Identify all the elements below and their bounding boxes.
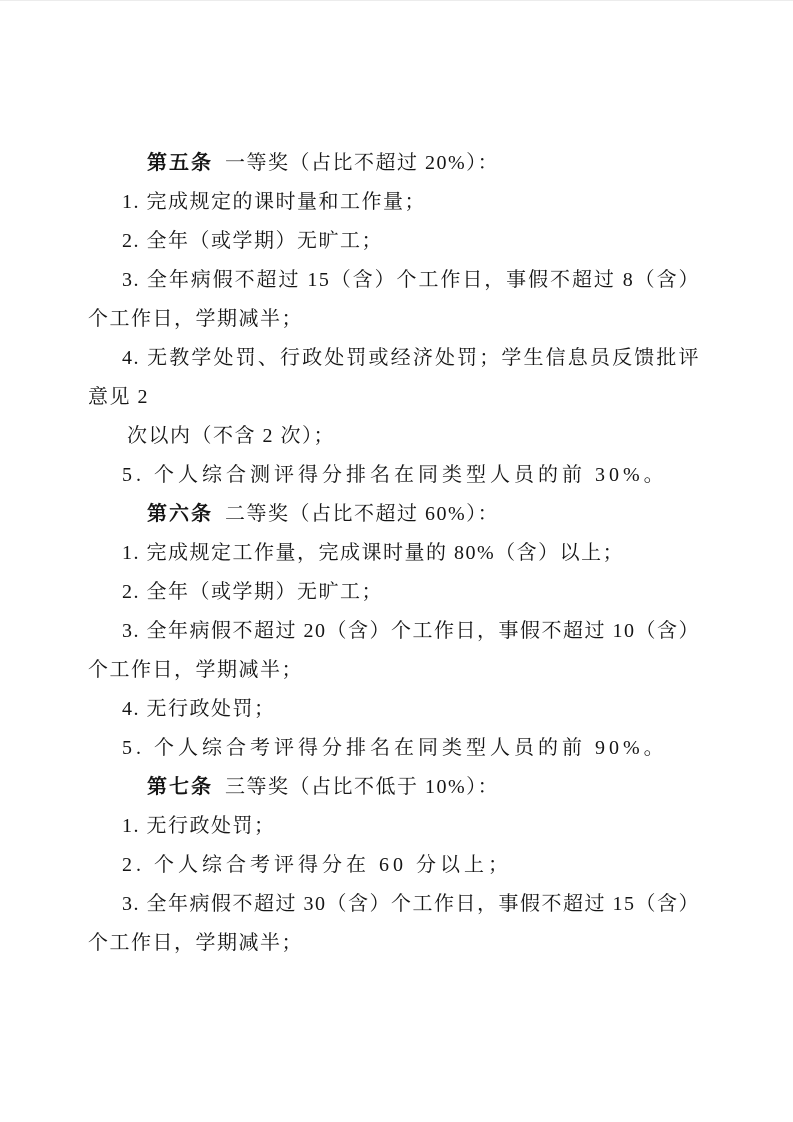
article-number: 第七条 xyxy=(147,776,213,798)
article-heading: 第七条三等奖（占比不低于 10%）： xyxy=(88,768,700,807)
article-number: 第五条 xyxy=(147,152,213,174)
clause-line: 1. 无行政处罚； xyxy=(88,807,700,846)
article-title: 三等奖（占比不低于 10%）： xyxy=(225,776,499,798)
clause-line: 2. 全年（或学期）无旷工； xyxy=(88,222,700,261)
clause-line: 1. 完成规定工作量，完成课时量的 80%（含）以上； xyxy=(88,534,700,573)
clause-line: 3. 全年病假不超过 15（含）个工作日，事假不超过 8（含） xyxy=(88,261,700,300)
clause-line: 5. 个人综合考评得分排名在同类型人员的前 90%。 xyxy=(88,729,700,768)
clause-line: 意见 2 xyxy=(88,378,700,417)
article-heading: 第六条二等奖（占比不超过 60%）： xyxy=(88,495,700,534)
clause-line: 4. 无教学处罚、行政处罚或经济处罚；学生信息员反馈批评 xyxy=(88,339,700,378)
article-title: 一等奖（占比不超过 20%）： xyxy=(225,152,499,174)
clause-line: 1. 完成规定的课时量和工作量； xyxy=(88,183,700,222)
clause-line: 4. 无行政处罚； xyxy=(88,690,700,729)
document-body: 第五条一等奖（占比不超过 20%）：1. 完成规定的课时量和工作量；2. 全年（… xyxy=(88,144,700,963)
article-heading: 第五条一等奖（占比不超过 20%）： xyxy=(88,144,700,183)
clause-line: 2. 个人综合考评得分在 60 分以上； xyxy=(88,846,700,885)
clause-line: 次以内（不含 2 次）； xyxy=(88,417,700,456)
article-title: 二等奖（占比不超过 60%）： xyxy=(225,503,499,525)
clause-line: 个工作日，学期减半； xyxy=(88,924,700,963)
clause-line: 2. 全年（或学期）无旷工； xyxy=(88,573,700,612)
article-number: 第六条 xyxy=(147,503,213,525)
clause-line: 5. 个人综合测评得分排名在同类型人员的前 30%。 xyxy=(88,456,700,495)
clause-line: 个工作日，学期减半； xyxy=(88,651,700,690)
clause-line: 3. 全年病假不超过 20（含）个工作日，事假不超过 10（含） xyxy=(88,612,700,651)
document-page: 第五条一等奖（占比不超过 20%）：1. 完成规定的课时量和工作量；2. 全年（… xyxy=(0,0,793,1122)
clause-line: 个工作日，学期减半； xyxy=(88,300,700,339)
clause-line: 3. 全年病假不超过 30（含）个工作日，事假不超过 15（含） xyxy=(88,885,700,924)
